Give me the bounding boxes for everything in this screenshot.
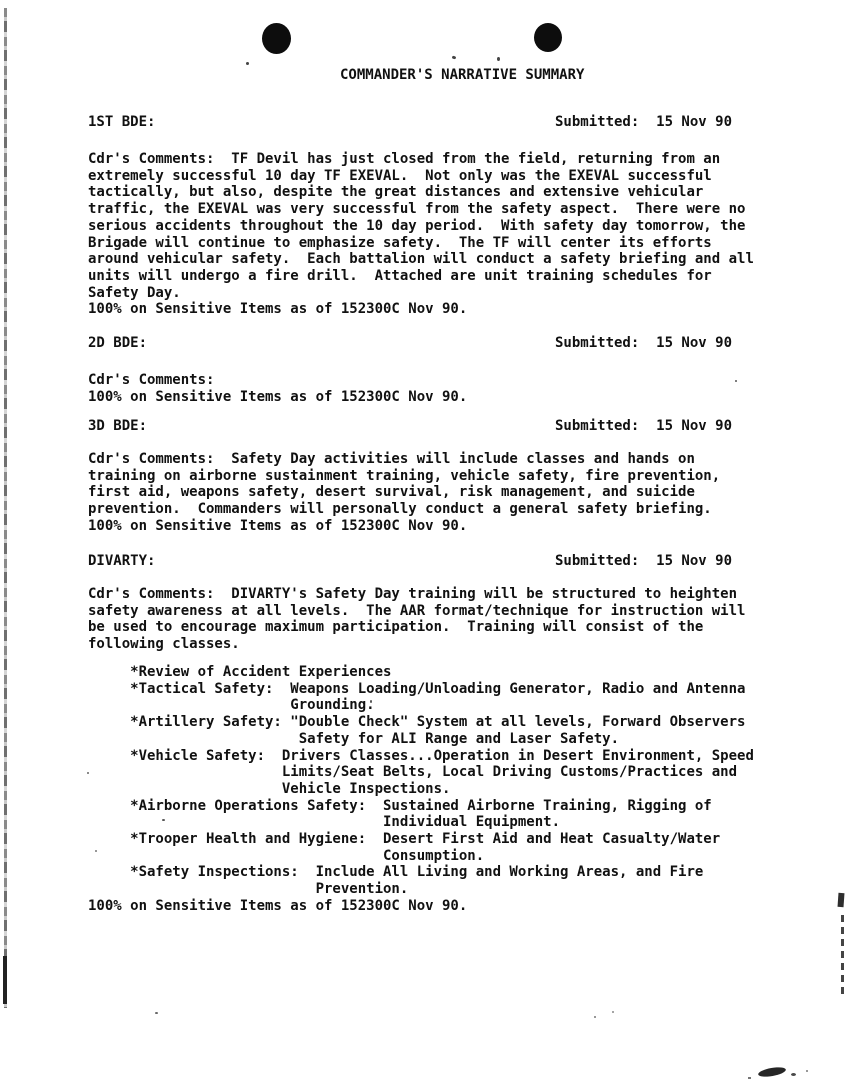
scan-speck: [735, 380, 737, 382]
section-body-2d-bde: Cdr's Comments: 100% on Sensitive Items …: [88, 372, 467, 405]
section-body-3d-bde: Cdr's Comments: Safety Day activities wi…: [88, 451, 720, 535]
right-margin-mark: [838, 893, 845, 907]
hole-punch-left-icon: [262, 23, 291, 54]
scan-speck: [594, 1016, 596, 1018]
divarty-classes-list: *Review of Accident Experiences *Tactica…: [88, 664, 754, 915]
scan-speck: [155, 1012, 158, 1014]
bottom-smudge: [758, 1066, 787, 1079]
scan-speck: [791, 1073, 796, 1076]
scan-speck: [246, 62, 249, 65]
scan-speck: [612, 1011, 614, 1013]
unit-label: DIVARTY:: [88, 553, 155, 570]
section-header-2d-bde: 2D BDE: Submitted: 15 Nov 90: [0, 335, 848, 352]
left-edge-scan-line: [4, 8, 7, 1008]
unit-label: 1ST BDE:: [88, 114, 155, 131]
section-body-divarty: Cdr's Comments: DIVARTY's Safety Day tra…: [88, 586, 745, 653]
scan-speck: [452, 55, 457, 59]
unit-label: 2D BDE:: [88, 335, 147, 352]
section-header-divarty: DIVARTY: Submitted: 15 Nov 90: [0, 553, 848, 570]
submitted-date: Submitted: 15 Nov 90: [555, 553, 732, 570]
section-header-3d-bde: 3D BDE: Submitted: 15 Nov 90: [0, 418, 848, 435]
section-body-1st-bde: Cdr's Comments: TF Devil has just closed…: [88, 151, 754, 318]
scanned-document-page: COMMANDER'S NARRATIVE SUMMARY 1ST BDE: S…: [0, 0, 848, 1088]
submitted-date: Submitted: 15 Nov 90: [555, 418, 732, 435]
left-edge-scan-line-dark: [3, 956, 7, 1004]
submitted-date: Submitted: 15 Nov 90: [555, 335, 732, 352]
scan-speck: [748, 1077, 751, 1079]
right-margin-dashes: [841, 915, 844, 999]
document-title: COMMANDER'S NARRATIVE SUMMARY: [340, 67, 584, 84]
scan-speck: [806, 1070, 808, 1072]
hole-punch-right-icon: [534, 23, 562, 52]
submitted-date: Submitted: 15 Nov 90: [555, 114, 732, 131]
section-header-1st-bde: 1ST BDE: Submitted: 15 Nov 90: [0, 114, 848, 131]
scan-speck: [497, 57, 500, 61]
unit-label: 3D BDE:: [88, 418, 147, 435]
